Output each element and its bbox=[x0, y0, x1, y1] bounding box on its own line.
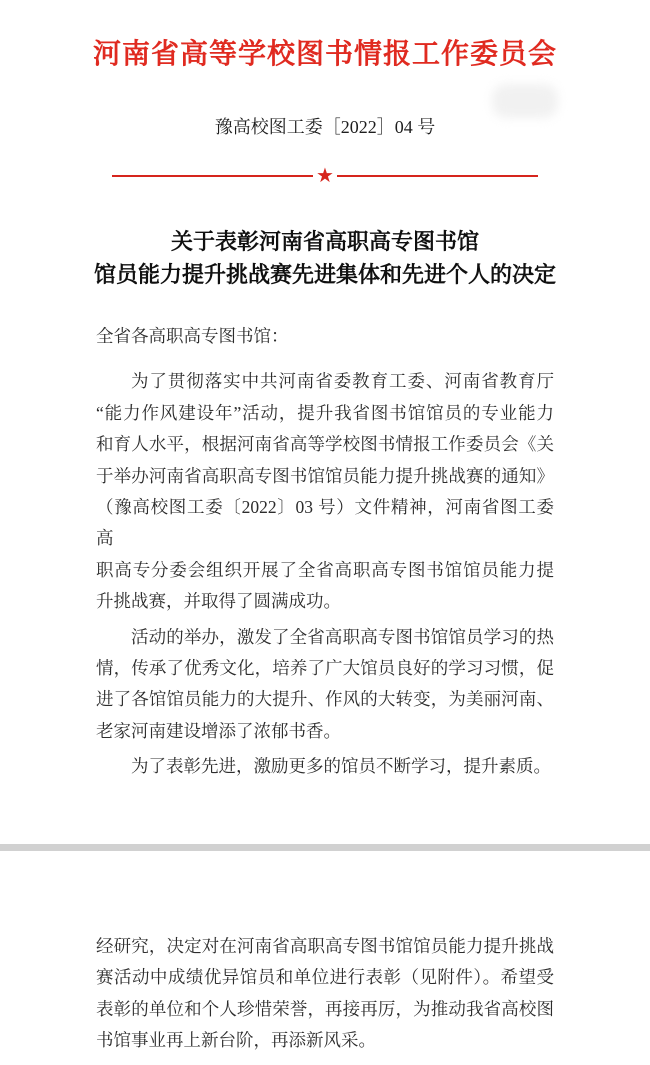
red-divider-line: ★ bbox=[112, 164, 538, 188]
paragraph: 活动的举办，激发了全省高职高专图书馆馆员学习的热情，传承了优秀文化，培养了广大馆… bbox=[96, 622, 554, 748]
page2-paragraphs: 经研究，决定对在河南省高职高专图书馆馆员能力提升挑战赛活动中成绩优异馆员和单位进… bbox=[96, 931, 554, 1057]
page1-body: 全省各高职高专图书馆： 为了贯彻落实中共河南省委教育工委、河南省教育厅“能力作风… bbox=[0, 321, 650, 783]
text-line: （豫高校图工委〔2022〕03 号）文件精神，河南省图工委高 bbox=[96, 492, 554, 555]
text-line: 为了贯彻落实中共河南省委教育工委、河南省教育厅 bbox=[96, 366, 554, 397]
paragraph: 经研究，决定对在河南省高职高专图书馆馆员能力提升挑战赛活动中成绩优异馆员和单位进… bbox=[96, 931, 554, 1057]
text-line: 升挑战赛，并取得了圆满成功。 bbox=[96, 586, 554, 617]
document-title-line-1: 关于表彰河南省高职高专图书馆 bbox=[0, 225, 650, 258]
divider-line-left bbox=[112, 175, 313, 177]
text-line: “能力作风建设年”活动，提升我省图书馆馆员的专业能力 bbox=[96, 398, 554, 429]
star-icon: ★ bbox=[313, 164, 337, 188]
paragraph: 为了贯彻落实中共河南省委教育工委、河南省教育厅“能力作风建设年”活动，提升我省图… bbox=[96, 366, 554, 617]
text-line: 表彰的单位和个人珍惜荣誉，再接再厉，为推动我省高校图 bbox=[96, 994, 554, 1025]
document-title: 关于表彰河南省高职高专图书馆 馆员能力提升挑战赛先进集体和先进个人的决定 bbox=[0, 225, 650, 291]
page-break-divider bbox=[0, 844, 650, 851]
paragraph: 为了表彰先进，激励更多的馆员不断学习，提升素质。 bbox=[96, 751, 554, 782]
text-line: 于举办河南省高职高专图书馆馆员能力提升挑战赛的通知》 bbox=[96, 461, 554, 492]
issuing-authority-title: 河南省高等学校图书情报工作委员会 bbox=[0, 38, 650, 72]
document-title-line-2: 馆员能力提升挑战赛先进集体和先进个人的决定 bbox=[0, 258, 650, 291]
text-line: 和育人水平，根据河南省高等学校图书情报工作委员会《关 bbox=[96, 429, 554, 460]
divider-line-right bbox=[337, 175, 538, 177]
scan-artifact bbox=[492, 84, 558, 118]
page2-body: 经研究，决定对在河南省高职高专图书馆馆员能力提升挑战赛活动中成绩优异馆员和单位进… bbox=[0, 931, 650, 1057]
text-line: 进了各馆馆员能力的大提升、作风的大转变，为美丽河南、 bbox=[96, 684, 554, 715]
text-line: 职高专分委会组织开展了全省高职高专图书馆馆员能力提 bbox=[96, 555, 554, 586]
text-line: 书馆事业再上新台阶，再添新风采。 bbox=[96, 1025, 554, 1056]
text-line: 老家河南建设增添了浓郁书香。 bbox=[96, 716, 554, 747]
text-line: 活动的举办，激发了全省高职高专图书馆馆员学习的热 bbox=[96, 622, 554, 653]
page1-paragraphs: 为了贯彻落实中共河南省委教育工委、河南省教育厅“能力作风建设年”活动，提升我省图… bbox=[96, 366, 554, 782]
text-line: 经研究，决定对在河南省高职高专图书馆馆员能力提升挑战 bbox=[96, 931, 554, 962]
text-line: 情，传承了优秀文化，培养了广大馆员良好的学习习惯，促 bbox=[96, 653, 554, 684]
text-line: 为了表彰先进，激励更多的馆员不断学习，提升素质。 bbox=[96, 751, 554, 782]
salutation: 全省各高职高专图书馆： bbox=[96, 321, 554, 352]
document-number: 豫高校图工委［2022］04 号 bbox=[0, 114, 650, 140]
document-page: 河南省高等学校图书情报工作委员会 豫高校图工委［2022］04 号 ★ 关于表彰… bbox=[0, 0, 650, 1065]
text-line: 赛活动中成绩优异馆员和单位进行表彰（见附件）。希望受 bbox=[96, 962, 554, 993]
